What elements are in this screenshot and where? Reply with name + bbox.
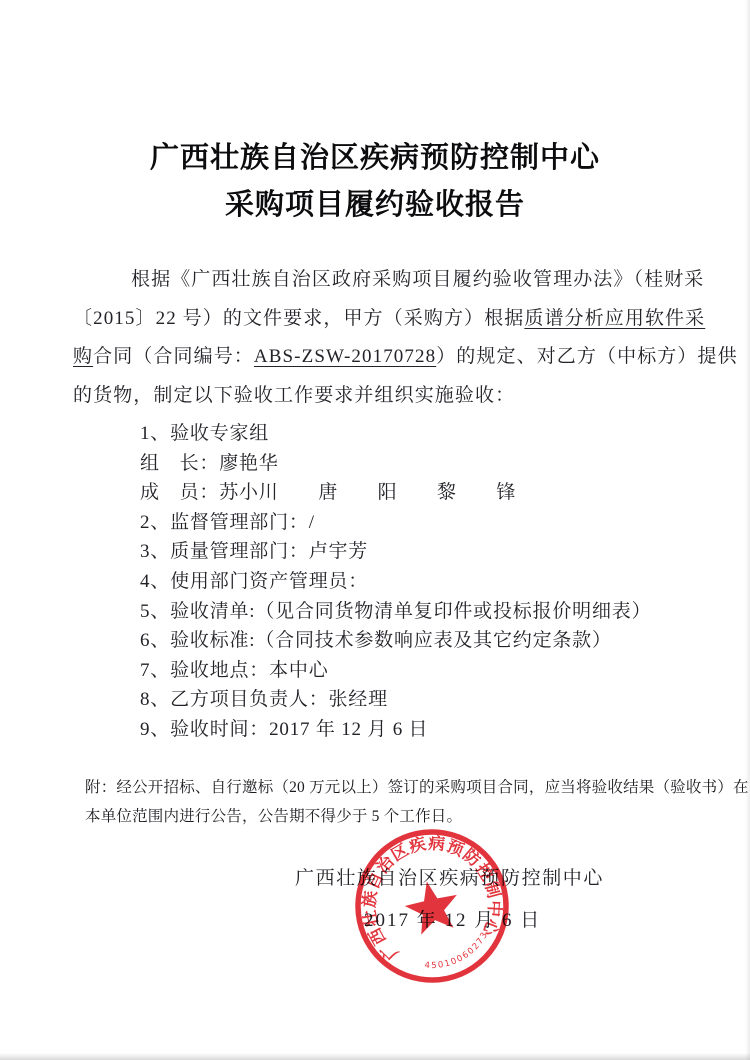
list-item: 5、验收清单:（见合同货物清单复印件或投标报价明细表） [140, 597, 651, 627]
list-item: 3、质量管理部门：卢宇芳 [140, 537, 651, 567]
list-item: 9、验收时间：2017 年 12 月 6 日 [140, 715, 651, 745]
body-paragraph: 根据《广西壮族自治区政府采购项目履约验收管理办法》（桂财采 〔2015〕22 号… [73, 261, 673, 415]
list-item: 4、使用部门资产管理员： [140, 567, 651, 597]
contract-number: ABS-ZSW-20170728 [254, 346, 436, 367]
list-item: 1、验收专家组 [140, 419, 651, 449]
list-item: 组 长：廖艳华 [140, 449, 651, 479]
underlined-text: 购 [73, 346, 93, 367]
document-title: 广西壮族自治区疾病预防控制中心 采购项目履约验收报告 [0, 134, 750, 228]
title-line-2: 采购项目履约验收报告 [0, 181, 750, 228]
underlined-text: 质谱分析应用软件采 [524, 308, 705, 329]
list-item: 2、监督管理部门：/ [140, 508, 651, 538]
scan-edge-bottom [0, 1053, 750, 1060]
document-page: 广西壮族自治区疾病预防控制中心 采购项目履约验收报告 根据《广西壮族自治区政府采… [0, 0, 750, 1060]
list-item: 6、验收标准:（合同技术参数响应表及其它约定条款） [140, 626, 651, 656]
list-item: 8、乙方项目负责人：张经理 [140, 685, 651, 715]
official-seal: 广西壮族自治区疾病预防控制中心 4501006027365 [336, 810, 528, 1002]
note-line-1: 附：经公开招标、自行邀标（20 万元以上）签订的采购项目合同，应当将验收结果（验… [85, 774, 749, 803]
list-item: 成 员：苏小川 唐 阳 黎 锋 [140, 478, 651, 508]
acceptance-item-list: 1、验收专家组 组 长：廖艳华 成 员：苏小川 唐 阳 黎 锋 2、监督管理部门… [140, 419, 651, 745]
list-item: 7、验收地点：本中心 [140, 656, 651, 686]
body-line-1: 根据《广西壮族自治区政府采购项目履约验收管理办法》（桂财采 [73, 261, 673, 300]
title-line-1: 广西壮族自治区疾病预防控制中心 [0, 134, 750, 181]
body-line-2: 〔2015〕22 号）的文件要求，甲方（采购方）根据质谱分析应用软件采 [73, 300, 673, 339]
body-line-3: 购合同（合同编号：ABS-ZSW-20170728）的规定、对乙方（中标方）提供 [73, 338, 673, 377]
body-line-4: 的货物，制定以下验收工作要求并组织实施验收： [73, 377, 673, 416]
seal-star-icon [401, 876, 464, 937]
scan-edge-right [745, 0, 750, 1060]
